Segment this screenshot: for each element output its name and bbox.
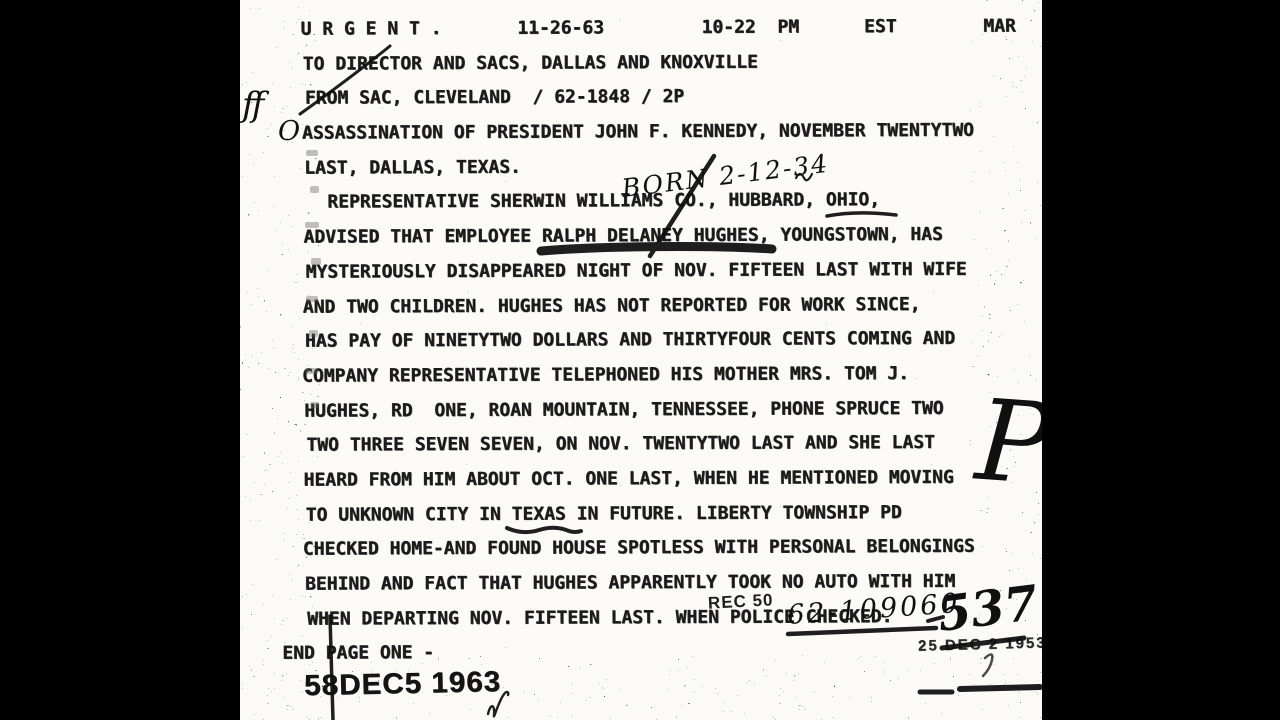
document-line: ADVISED THAT EMPLOYEE RALPH DELANEY HUGH…: [303, 217, 1042, 255]
document-line: ASSASSINATION OF PRESIDENT JOHN F. KENNE…: [302, 113, 1042, 151]
stamp-underline-dash-right: [960, 687, 1040, 689]
document-line: COMPANY REPRESENTATIVE TELEPHONED HIS MO…: [302, 356, 1042, 394]
letterboxed-scan: U R G E N T . 11-26-63 10-22 PM EST MART…: [0, 0, 1280, 720]
document-line: TO DIRECTOR AND SACS, DALLAS AND KNOXVIL…: [303, 44, 1042, 82]
handwritten-initials: ff: [240, 85, 270, 125]
document-line: HAS PAY OF NINETYTWO DOLLARS AND THIRTYF…: [305, 322, 1042, 360]
rec-50-stamp: REC 50: [708, 590, 774, 613]
document-line: TO UNKNOWN CITY IN TEXAS IN FUTURE. LIBE…: [306, 495, 1042, 533]
document-line: WHEN DEPARTING NOV. FIFTEEN LAST. WHEN P…: [307, 599, 1042, 637]
document-line: BEHIND AND FACT THAT HUGHES APPARENTLY T…: [305, 564, 1042, 602]
document-line: TWO THREE SEVEN SEVEN, ON NOV. TWENTYTWO…: [306, 426, 1042, 464]
teletype-text: U R G E N T . 11-26-63 10-22 PM EST MART…: [303, 10, 1042, 672]
fbi-date-stamp: 58DEC5 1963: [304, 666, 502, 703]
document-line: REPRESENTATIVE SHERWIN WILLIAMS CO., HUB…: [301, 183, 1042, 221]
received-date-stamp: 25 DEC 2 1953: [918, 634, 1042, 654]
document-line: HUGHES, RD ONE, ROAN MOUNTAIN, TENNESSEE…: [304, 391, 1042, 429]
o-mark: O: [278, 116, 300, 147]
document-line: CHECKED HOME-AND FOUND HOUSE SPOTLESS WI…: [303, 530, 1042, 568]
document-line: U R G E N T . 11-26-63 10-22 PM EST MAR: [301, 9, 1042, 47]
document-line: MYSTERIOUSLY DISAPPEARED NIGHT OF NOV. F…: [306, 252, 1042, 290]
document-line: AND TWO CHILDREN. HUGHES HAS NOT REPORTE…: [303, 287, 1042, 325]
document-line: FROM SAC, CLEVELAND / 62-1848 / 2P: [305, 79, 1042, 117]
document-line: HEARD FROM HIM ABOUT OCT. ONE LAST, WHEN…: [304, 460, 1042, 498]
document-line: LAST, DALLAS, TEXAS.: [304, 148, 1042, 186]
document-page: U R G E N T . 11-26-63 10-22 PM EST MART…: [240, 0, 1042, 720]
